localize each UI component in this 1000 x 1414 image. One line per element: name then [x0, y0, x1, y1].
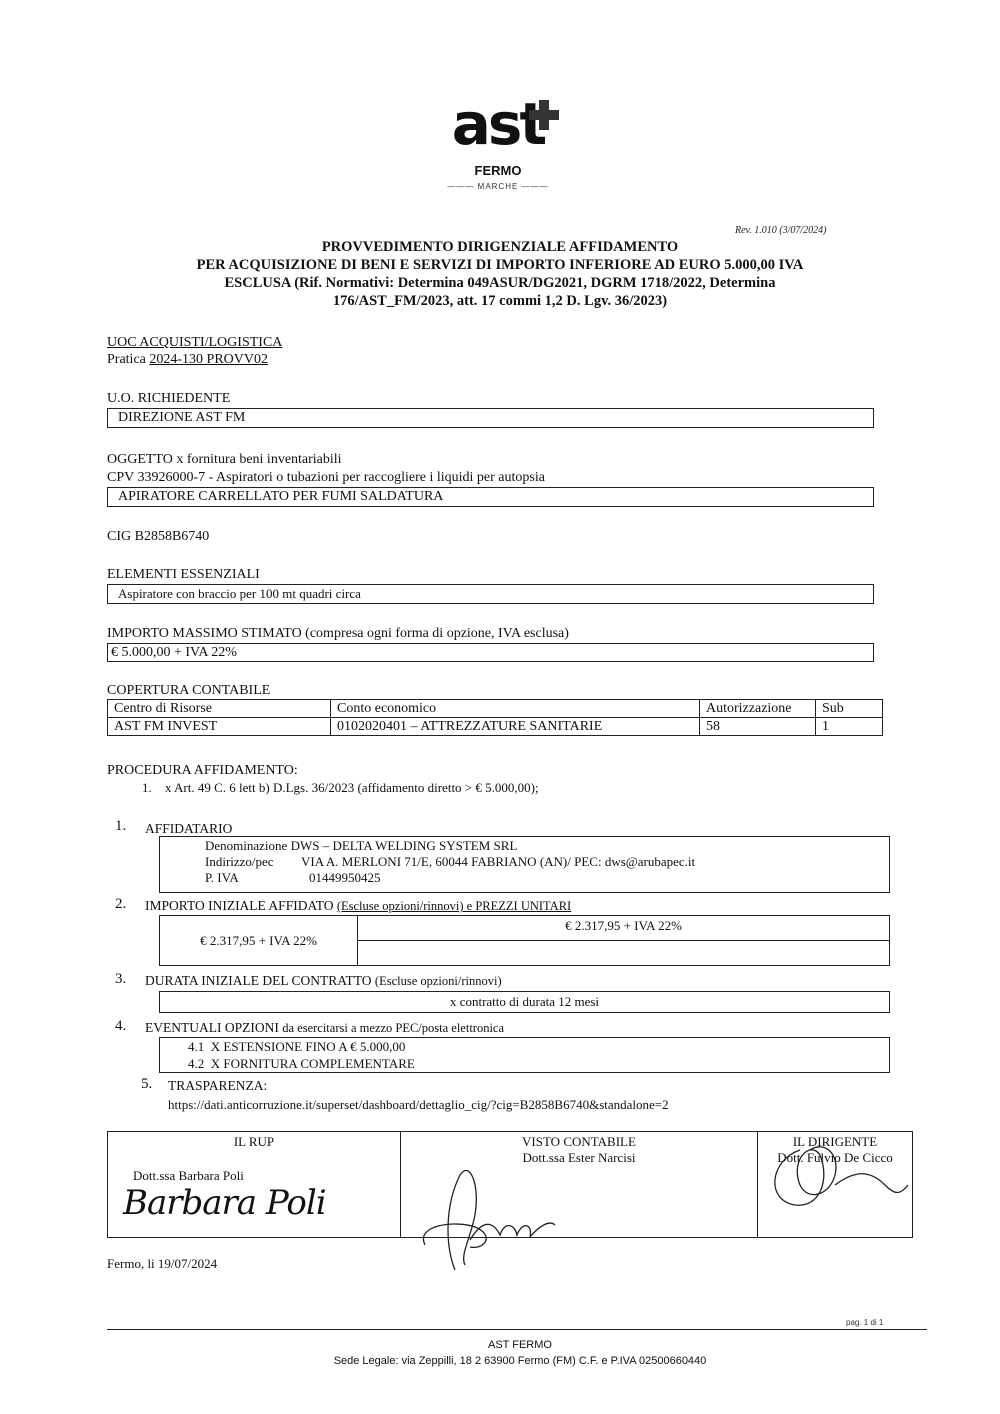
oggetto-label: OGGETTO x fornitura beni inventariabili [107, 451, 342, 468]
ast-fermo-logo: ast FERMO ——— MARCHE ——— [428, 88, 568, 198]
pratica-label: Pratica [107, 352, 146, 367]
cig-code: CIG B2858B6740 [107, 528, 209, 545]
rup-cell: IL RUP Dott.ssa Barbara Poli Barbara Pol… [108, 1132, 401, 1238]
footer-divider [107, 1329, 927, 1330]
header-sub: Sub [816, 700, 883, 718]
importo-iniziale-left-cell: € 2.317,95 + IVA 22% [160, 916, 358, 965]
opzioni-num: 4. [115, 1018, 126, 1035]
importo-iniziale-label: IMPORTO INIZIALE AFFIDATO [145, 898, 333, 913]
header-conto-economico: Conto economico [331, 700, 700, 718]
title-line-2: PER ACQUISIZIONE DI BENI E SERVIZI DI IM… [100, 256, 900, 274]
procedura-item: 1. x Art. 49 C. 6 lett b) D.Lgs. 36/2023… [142, 780, 539, 796]
place-date: Fermo, li 19/07/2024 [107, 1256, 217, 1272]
importo-iniziale-left-value: € 2.317,95 + IVA 22% [200, 932, 317, 949]
durata-heading: DURATA INIZIALE DEL CONTRATTO (Escluse o… [145, 973, 502, 989]
page-number: pag. 1 di 1 [846, 1318, 883, 1327]
denominazione-row: Denominazione DWS – DELTA WELDING SYSTEM… [160, 838, 889, 854]
durata-box: x contratto di durata 12 mesi [159, 991, 890, 1013]
header-centro-risorse: Centro di Risorse [108, 700, 331, 718]
uo-richiedente-value: DIREZIONE AST FM [108, 410, 245, 425]
durata-label: DURATA INIZIALE DEL CONTRATTO [145, 973, 372, 988]
uoc-label: UOC ACQUISTI/LOGISTICA [107, 334, 282, 351]
opzione-num: 4.1 [188, 1039, 204, 1054]
indirizzo-value: VIA A. MERLONI 71/E, 60044 FABRIANO (AN)… [301, 854, 695, 869]
logo-region-text: MARCHE [478, 182, 519, 191]
copertura-header-row: Centro di Risorse Conto economico Autori… [108, 700, 883, 718]
opzione-item: 4.2 X FORNITURA COMPLEMENTARE [160, 1055, 889, 1072]
elementi-essenziali-value: Aspiratore con braccio per 100 mt quadri… [108, 586, 361, 601]
importo-iniziale-right-cell: € 2.317,95 + IVA 22% [358, 916, 889, 941]
pratica-line: Pratica 2024-130 PROVV02 [107, 351, 282, 368]
trasparenza-link[interactable]: https://dati.anticorruzione.it/superset/… [168, 1097, 669, 1113]
piva-value: 01449950425 [309, 870, 381, 885]
logo-region: ——— MARCHE ——— [428, 182, 568, 191]
copertura-label: COPERTURA CONTABILE [107, 682, 270, 699]
header-autorizzazione: Autorizzazione [700, 700, 816, 718]
document-title: PROVVEDIMENTO DIRIGENZIALE AFFIDAMENTO P… [100, 238, 900, 310]
importo-iniziale-heading: IMPORTO INIZIALE AFFIDATO (Escluse opzio… [145, 898, 571, 914]
indirizzo-label: Indirizzo/pec [205, 854, 301, 870]
logo-city: FERMO [428, 163, 568, 178]
denominazione-label: Denominazione [205, 838, 287, 853]
rup-title: IL RUP [109, 1134, 399, 1150]
title-line-4: 176/AST_FM/2023, att. 17 commi 1,2 D. Lg… [100, 292, 900, 310]
importo-massimo-value: € 5.000,00 + IVA 22% [108, 645, 237, 660]
title-line-1: PROVVEDIMENTO DIRIGENZIALE AFFIDAMENTO [100, 238, 900, 256]
procedura-item-text: x Art. 49 C. 6 lett b) D.Lgs. 36/2023 (a… [165, 780, 539, 795]
dirigente-signature [760, 1140, 910, 1210]
opzioni-label: EVENTUALI OPZIONI [145, 1020, 279, 1035]
uoc-section: UOC ACQUISTI/LOGISTICA Pratica 2024-130 … [107, 334, 282, 368]
title-line-3: ESCLUSA (Rif. Normativi: Determina 049AS… [100, 274, 900, 292]
cell-autorizzazione: 58 [700, 718, 816, 736]
opzione-text: X ESTENSIONE FINO A € 5.000,00 [211, 1039, 406, 1054]
importo-massimo-box: € 5.000,00 + IVA 22% [107, 643, 874, 662]
trasparenza-num: 5. [141, 1076, 152, 1093]
denominazione-value: DWS – DELTA WELDING SYSTEM SRL [291, 838, 518, 853]
opzioni-heading: EVENTUALI OPZIONI da esercitarsi a mezzo… [145, 1020, 504, 1036]
oggetto-cpv: CPV 33926000-7 - Aspiratori o tubazioni … [107, 469, 545, 486]
piva-label: P. IVA [205, 870, 309, 886]
trasparenza-label: TRASPARENZA: [168, 1078, 267, 1094]
importo-iniziale-note: (Escluse opzioni/rinnovi) e PREZZI UNITA… [337, 899, 571, 913]
table-row: AST FM INVEST 0102020401 – ATTREZZATURE … [108, 718, 883, 736]
cpv-text: CPV 33926000-7 - Aspiratori o tubazioni … [107, 470, 545, 485]
affidatario-num: 1. [115, 818, 126, 835]
footer: AST FERMO Sede Legale: via Zeppilli, 18 … [100, 1337, 940, 1369]
oggetto-value: APIRATORE CARRELLATO PER FUMI SALDATURA [108, 489, 443, 504]
footer-org: AST FERMO [100, 1337, 940, 1353]
oggetto-box: APIRATORE CARRELLATO PER FUMI SALDATURA [107, 487, 874, 507]
importo-iniziale-box: € 2.317,95 + IVA 22% € 2.317,95 + IVA 22… [159, 915, 890, 966]
copertura-table: Centro di Risorse Conto economico Autori… [107, 699, 883, 736]
opzione-num: 4.2 [188, 1056, 204, 1071]
elementi-essenziali-box: Aspiratore con braccio per 100 mt quadri… [107, 584, 874, 604]
uo-richiedente-label: U.O. RICHIEDENTE [107, 390, 230, 407]
rup-name: Dott.ssa Barbara Poli [109, 1168, 399, 1184]
importo-iniziale-num: 2. [115, 896, 126, 913]
importo-massimo-label: IMPORTO MASSIMO STIMATO (compresa ogni f… [107, 625, 569, 642]
footer-address: Sede Legale: via Zeppilli, 18 2 63900 Fe… [100, 1353, 940, 1369]
elementi-essenziali-label: ELEMENTI ESSENZIALI [107, 566, 260, 583]
revision-note: Rev. 1.010 (3/07/2024) [735, 225, 826, 236]
uo-richiedente-box: DIREZIONE AST FM [107, 408, 874, 428]
contabile-title: VISTO CONTABILE [402, 1134, 756, 1150]
contabile-name: Dott.ssa Ester Narcisi [402, 1150, 756, 1166]
opzioni-box: 4.1 X ESTENSIONE FINO A € 5.000,00 4.2 X… [159, 1037, 890, 1073]
contabile-signature [415, 1165, 565, 1275]
pratica-value: 2024-130 PROVV02 [149, 352, 268, 367]
piva-row: P. IVA01449950425 [160, 870, 889, 886]
cell-conto-economico: 0102020401 – ATTREZZATURE SANITARIE [331, 718, 700, 736]
procedura-label: PROCEDURA AFFIDAMENTO: [107, 762, 298, 779]
cell-centro-risorse: AST FM INVEST [108, 718, 331, 736]
indirizzo-row: Indirizzo/pecVIA A. MERLONI 71/E, 60044 … [160, 854, 889, 870]
durata-value: x contratto di durata 12 mesi [450, 994, 599, 1009]
logo-cross-icon [529, 100, 559, 130]
rup-signature: Barbara Poli [109, 1184, 399, 1222]
affidatario-label: AFFIDATARIO [145, 820, 232, 837]
importo-iniziale-right-value: € 2.317,95 + IVA 22% [565, 918, 682, 933]
opzione-item: 4.1 X ESTENSIONE FINO A € 5.000,00 [160, 1038, 889, 1055]
procedura-item-num: 1. [142, 780, 152, 795]
affidatario-box: Denominazione DWS – DELTA WELDING SYSTEM… [159, 836, 890, 893]
durata-num: 3. [115, 971, 126, 988]
opzioni-note: da esercitarsi a mezzo PEC/posta elettro… [282, 1021, 504, 1035]
durata-note: (Escluse opzioni/rinnovi) [375, 974, 502, 988]
cell-sub: 1 [816, 718, 883, 736]
opzione-text: X FORNITURA COMPLEMENTARE [211, 1056, 415, 1071]
